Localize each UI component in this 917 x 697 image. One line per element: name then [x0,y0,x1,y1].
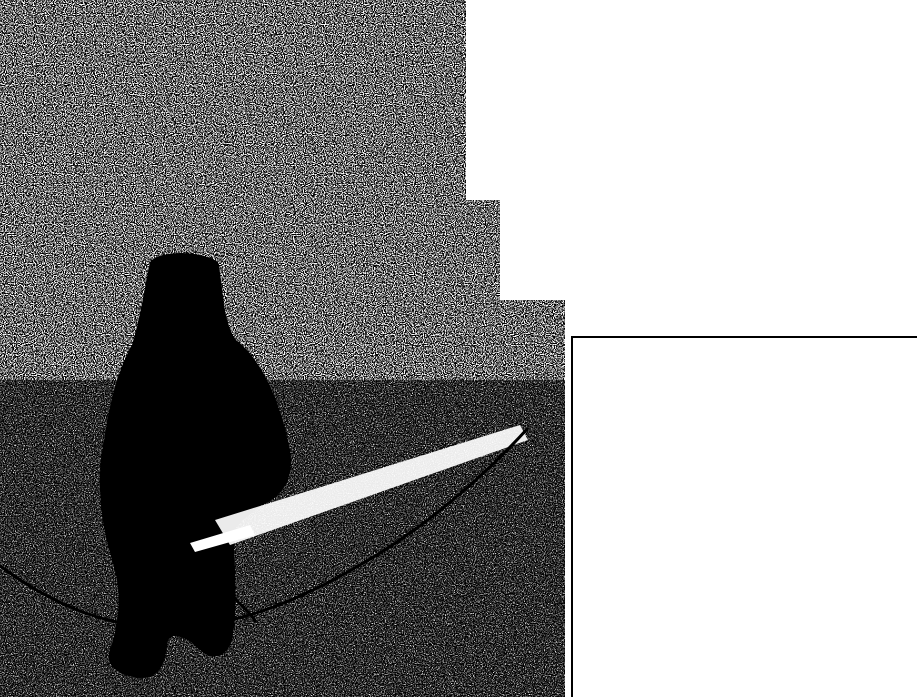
empty-box [571,336,917,697]
grain-background [0,0,566,697]
